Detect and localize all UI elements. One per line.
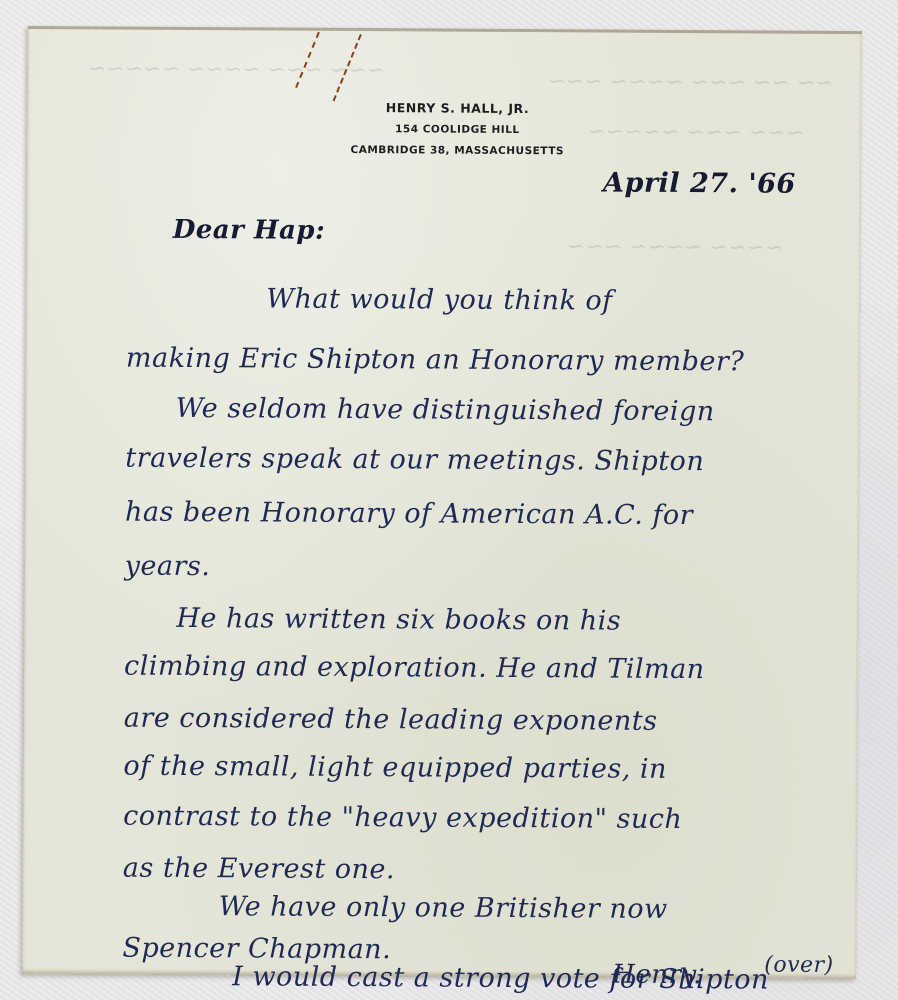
body-line: climbing and exploration. He and Tilman: [124, 651, 705, 686]
over-note: (over): [764, 953, 834, 978]
letterhead-name: HENRY S. HALL, JR.: [307, 100, 607, 117]
body-line: We have only one Britisher now: [219, 891, 668, 925]
body-line: We seldom have distinguished foreign: [176, 393, 715, 427]
body-line: years.: [125, 551, 211, 583]
body-line: travelers speak at our meetings. Shipton: [125, 443, 704, 478]
body-line: Spencer Chapman.: [122, 933, 391, 966]
paper-edge-shadow: [28, 26, 862, 34]
letterhead-address: 154 COOLIDGE HILL: [307, 123, 607, 137]
letter-paper: ~~~ ~~~ ~~~~ ~~~~~ ~~ ~~ ~~~ ~~~~ ~~~ ~~…: [22, 26, 862, 979]
body-line: are considered the leading exponents: [124, 703, 658, 737]
body-line: of the small, light equipped parties, in: [123, 751, 667, 785]
body-line: making Eric Shipton an Honorary member?: [126, 343, 745, 378]
body-line: He has written six books on his: [176, 603, 621, 637]
body-line: contrast to the "heavy expedition" such: [123, 801, 682, 835]
signature: Henry.: [612, 960, 702, 991]
body-line: has been Honorary of American A.C. for: [125, 497, 693, 531]
letter-date: April 27. '66: [603, 168, 796, 200]
body-line: What would you think of: [266, 283, 613, 316]
salutation: Dear Hap:: [173, 215, 326, 246]
bleed-through-text: ~~~~ ~~~~ ~~~: [567, 234, 784, 260]
bleed-through-text: ~~ ~~ ~~~ ~~~~ ~~~: [548, 69, 834, 96]
bleed-through-text: ~~~ ~~~ ~~~~ ~~~~~: [88, 56, 386, 83]
bleed-through-text: ~~~ ~~~ ~~~~~: [587, 119, 804, 145]
letterhead-city: CAMBRIDGE 38, MASSACHUSETTS: [307, 144, 607, 158]
letterhead: HENRY S. HALL, JR. 154 COOLIDGE HILL CAM…: [307, 100, 607, 158]
body-line: as the Everest one.: [123, 853, 395, 886]
